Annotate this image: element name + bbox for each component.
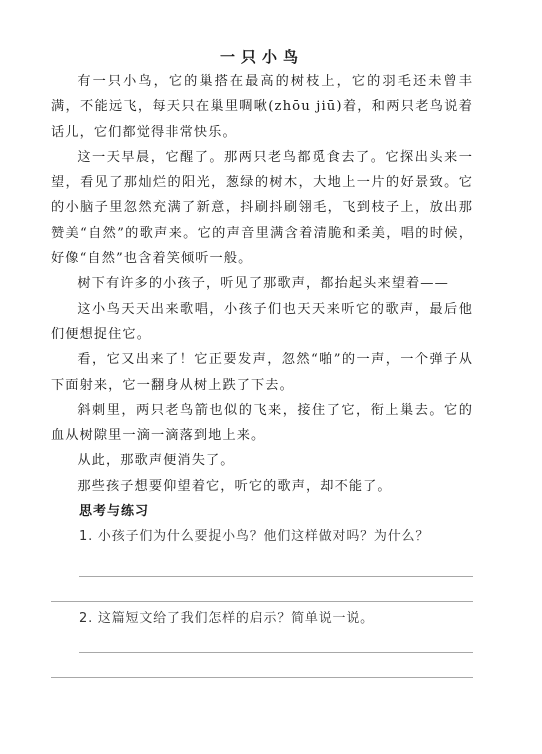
answer-line-1b[interactable] (51, 601, 473, 602)
answer-line-1a[interactable] (79, 576, 473, 577)
paragraph-5: 看，它又出来了！它正要发声，忽然“啪”的一声，一个弹子从下面射来，它一翻身从树上… (51, 347, 473, 398)
exercises-heading: 思考与练习 (51, 499, 473, 524)
document-page: 一只小鸟 有一只小鸟，它的巢搭在最高的树枝上，它的羽毛还未曾丰满，不能远飞，每天… (51, 45, 473, 549)
answer-line-2a[interactable] (79, 652, 473, 653)
question-1: 1. 小孩子们为什么要捉小鸟？他们这样做对吗？为什么？ (51, 524, 473, 549)
paragraph-4: 这小鸟天天出来歌唱，小孩子们也天天来听它的歌声，最后他们便想捉住它。 (51, 297, 473, 348)
paragraph-1: 有一只小鸟，它的巢搭在最高的树枝上，它的羽毛还未曾丰满，不能远飞，每天只在巢里啁… (51, 69, 473, 145)
question-2: 2. 这篇短文给了我们怎样的启示？简单说一说。 (51, 606, 501, 631)
paragraph-2: 这一天早晨，它醒了。那两只老鸟都觅食去了。它探出头来一望，看见了那灿烂的阳光，葱… (51, 145, 473, 271)
paragraph-8: 那些孩子想要仰望着它，听它的歌声，却不能了。 (51, 474, 473, 499)
paragraph-3: 树下有许多的小孩子，听见了那歌声，都抬起头来望着—— (51, 271, 473, 296)
paragraph-6: 斜刺里，两只老鸟箭也似的飞来，接住了它，衔上巢去。它的血从树隙里一滴一滴落到地上… (51, 398, 473, 449)
document-title: 一只小鸟 (51, 45, 473, 69)
answer-line-2b[interactable] (51, 677, 473, 678)
paragraph-7: 从此，那歌声便消失了。 (51, 448, 473, 473)
